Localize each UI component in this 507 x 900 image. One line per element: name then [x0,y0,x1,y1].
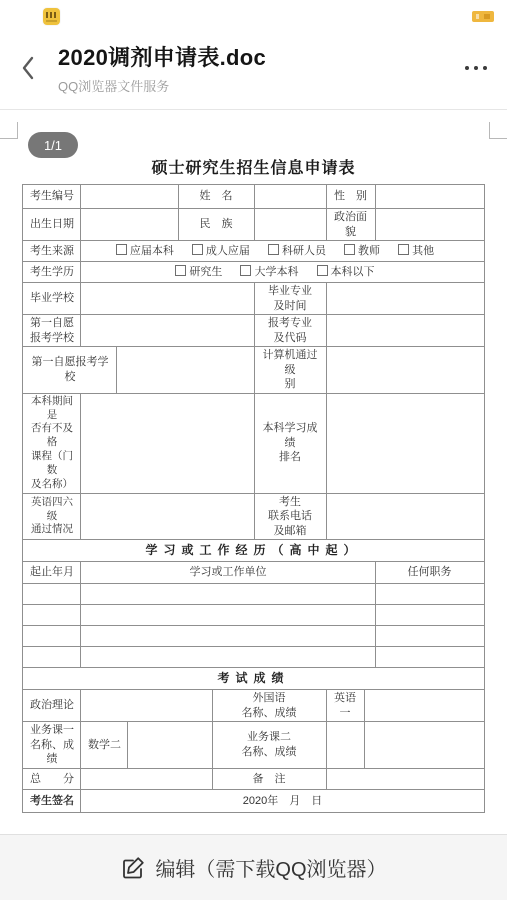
table-row: 本科期间是 否有不及格 课程（门数 及名称） 本科学习成绩 排名 [23,393,484,493]
page-corner-left [0,122,18,139]
label-computer-level: 计算机通过级 别 [254,347,326,394]
value-work-unit [81,647,375,668]
option-label: 应届本科 [130,245,174,257]
option-label: 成人应届 [206,245,250,257]
battery-indicator-icon [472,11,494,22]
application-form-table: 考生编号 姓 名 性 别 出生日期 民 族 政治面貌 考生来源 应届本科 成人 [22,184,484,813]
option-label: 其他 [412,245,434,257]
value-exam-number [81,185,178,209]
file-info: 2020调剂申请表.doc QQ浏览器文件服务 [58,41,463,95]
chevron-left-icon [20,55,36,81]
option-researcher: 科研人员 [268,245,326,257]
value-first-choice-school-full [117,347,254,394]
section-experience-header: 学习或工作经历（高中起） [23,540,484,562]
option-teacher: 教师 [344,245,380,257]
label-name: 姓 名 [178,185,254,209]
value-signature-date: 2020年 月 日 [81,789,484,812]
value-work-unit [81,605,375,626]
table-row: 考生学历 研究生 大学本科 本科以下 [23,262,484,283]
option-label: 教师 [358,245,380,257]
value-date-range [23,626,81,647]
table-row: 政治理论 外国语 名称、成绩 英语 一 [23,690,484,722]
document-page[interactable]: 1/1 硕士研究生招生信息申请表 考生编号 姓 名 性 别 出生日期 民 族 政… [0,110,507,813]
value-failed-courses [81,393,254,493]
table-row: 起止年月 学习或工作单位 任何职务 [23,562,484,584]
label-politics-theory: 政治理论 [23,690,81,722]
value-contact-info [326,493,484,540]
option-fresh-graduate: 应届本科 [116,245,174,257]
value-politics-theory [81,690,212,722]
label-signature: 考生签名 [23,789,81,812]
value-apply-major-code [326,315,484,347]
section-row: 学习或工作经历（高中起） [23,540,484,562]
value-date-range [23,647,81,668]
value-course-two-name [326,722,364,769]
value-graduation-school [81,283,254,315]
value-work-unit [81,584,375,605]
value-name [254,185,326,209]
checkbox-icon [398,244,409,255]
label-english-one: 英语 一 [326,690,364,722]
file-title: 2020调剂申请表.doc [58,41,463,72]
option-label: 大学本科 [254,266,298,278]
value-position [375,626,484,647]
option-other: 其他 [398,245,434,257]
value-course-one-score [128,722,212,769]
viewer-header: 2020调剂申请表.doc QQ浏览器文件服务 [0,35,507,110]
candidate-education-options: 研究生 大学本科 本科以下 [81,262,484,283]
value-position [375,605,484,626]
notification-app-icon [43,8,60,25]
value-date-range [23,605,81,626]
table-row: 第一自愿 报考学校 报考专业 及代码 [23,315,484,347]
value-position [375,584,484,605]
value-foreign-language [364,690,484,722]
value-cet-status [81,493,254,540]
label-first-choice-school: 第一自愿 报考学校 [23,315,81,347]
table-row: 考生来源 应届本科 成人应届 科研人员 教师 其他 [23,241,484,262]
checkbox-icon [344,244,355,255]
checkbox-icon [175,265,186,276]
experience-row [23,584,484,605]
page-indicator-badge: 1/1 [28,132,78,158]
value-gender [375,185,484,209]
back-button[interactable] [20,53,46,83]
value-course-one-name: 数学二 [81,722,128,769]
label-contact-info: 考生 联系电话 及邮箱 [254,493,326,540]
file-source: QQ浏览器文件服务 [58,76,463,95]
header-work-unit: 学习或工作单位 [81,562,375,584]
checkbox-icon [116,244,127,255]
header-date-range: 起止年月 [23,562,81,584]
edit-button-label: 编辑（需下载QQ浏览器） [155,853,386,882]
status-bar [0,0,507,35]
option-label: 研究生 [189,266,222,278]
table-row: 毕业学校 毕业专业 及时间 [23,283,484,315]
value-position [375,647,484,668]
value-ethnicity [254,209,326,241]
ellipsis-icon [474,66,478,70]
label-foreign-language: 外国语 名称、成绩 [212,690,326,722]
label-course-two: 业务课二 名称、成绩 [212,722,326,769]
label-political-status: 政治面貌 [326,209,375,241]
label-course-one: 业务课一 名称、成 绩 [23,722,81,769]
option-adult-graduate: 成人应届 [192,245,250,257]
checkbox-icon [317,265,328,276]
value-political-status [375,209,484,241]
label-birth-date: 出生日期 [23,209,81,241]
value-first-choice-school [81,315,254,347]
table-row: 总 分 备 注 [23,768,484,789]
value-date-range [23,584,81,605]
section-exam-header: 考试成绩 [23,668,484,690]
label-graduation-school: 毕业学校 [23,283,81,315]
table-row: 考生编号 姓 名 性 别 [23,185,484,209]
label-graduation-major-time: 毕业专业 及时间 [254,283,326,315]
header-position: 任何职务 [375,562,484,584]
checkbox-icon [240,265,251,276]
label-failed-courses: 本科期间是 否有不及格 课程（门数 及名称） [23,393,81,493]
label-exam-number: 考生编号 [23,185,81,209]
candidate-source-options: 应届本科 成人应届 科研人员 教师 其他 [81,241,484,262]
table-row: 考生签名 2020年 月 日 [23,789,484,812]
value-work-unit [81,626,375,647]
value-graduation-major-time [326,283,484,315]
more-menu-button[interactable] [463,60,489,76]
value-total-score [81,768,212,789]
experience-row [23,626,484,647]
experience-row [23,647,484,668]
label-apply-major-code: 报考专业 及代码 [254,315,326,347]
value-course-two-score [364,722,484,769]
label-cet-status: 英语四六级 通过情况 [23,493,81,540]
label-total-score: 总 分 [23,768,81,789]
checkbox-icon [268,244,279,255]
ellipsis-icon [483,66,487,70]
edit-pencil-icon [120,855,146,881]
experience-row [23,605,484,626]
label-score-rank: 本科学习成绩 排名 [254,393,326,493]
table-row: 出生日期 民 族 政治面貌 [23,209,484,241]
label-remark: 备 注 [212,768,326,789]
qq-browser-doc-viewer: 2020调剂申请表.doc QQ浏览器文件服务 1/1 硕士研究生招生信息申请表… [0,0,507,813]
table-row: 业务课一 名称、成 绩 数学二 业务课二 名称、成绩 [23,722,484,769]
document-title: 硕士研究生招生信息申请表 [0,155,507,178]
page-corner-right [489,122,507,139]
label-gender: 性 别 [326,185,375,209]
checkbox-icon [192,244,203,255]
option-bachelor: 大学本科 [240,266,298,278]
value-score-rank [326,393,484,493]
value-remark [326,768,484,789]
edit-button[interactable]: 编辑（需下载QQ浏览器） [114,852,392,883]
label-ethnicity: 民 族 [178,209,254,241]
label-candidate-education: 考生学历 [23,262,81,283]
bottom-toolbar: 编辑（需下载QQ浏览器） [0,834,507,900]
label-candidate-source: 考生来源 [23,241,81,262]
label-first-choice-school-full: 第一自愿报考学校 [23,347,117,394]
option-label: 本科以下 [331,266,375,278]
option-label: 科研人员 [282,245,326,257]
table-row: 第一自愿报考学校 计算机通过级 别 [23,347,484,394]
section-row: 考试成绩 [23,668,484,690]
value-birth-date [81,209,178,241]
table-row: 英语四六级 通过情况 考生 联系电话 及邮箱 [23,493,484,540]
option-postgraduate: 研究生 [175,266,222,278]
option-below-bachelor: 本科以下 [317,266,375,278]
ellipsis-icon [465,66,469,70]
value-computer-level [326,347,484,394]
